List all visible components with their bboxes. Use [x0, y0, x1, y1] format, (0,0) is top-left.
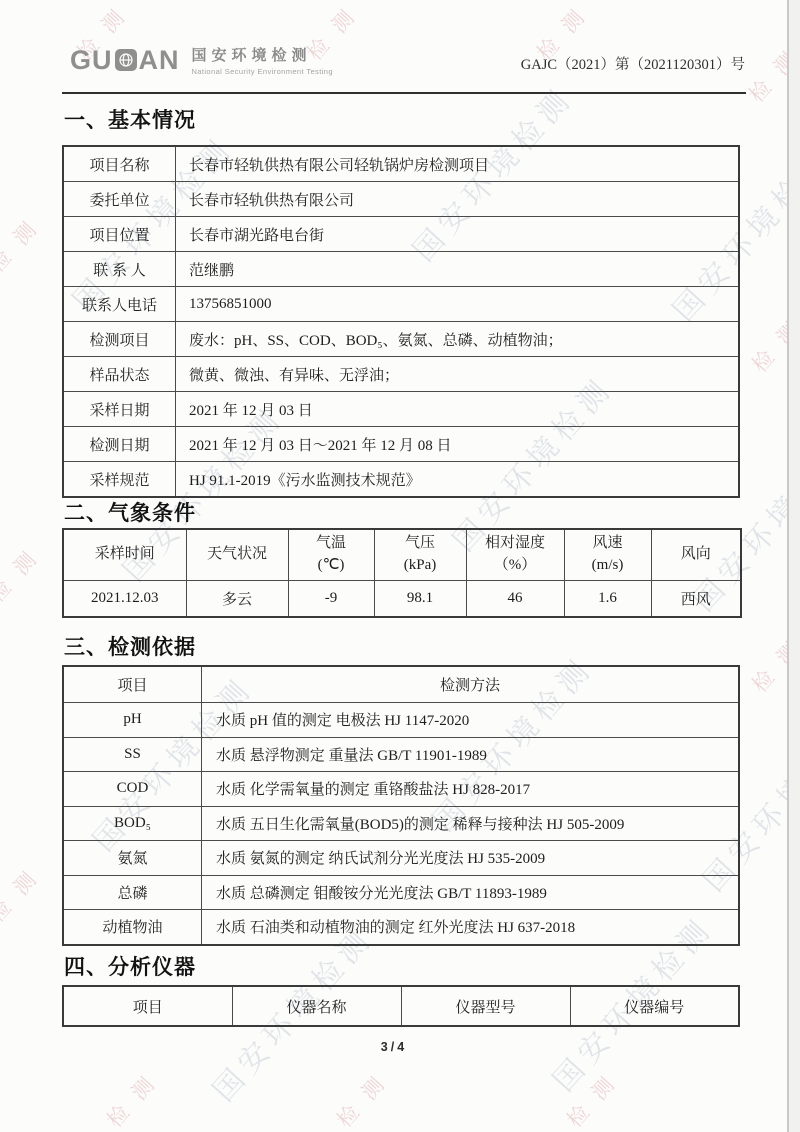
- table-row: COD水质 化学需氧量的测定 重铬酸盐法 HJ 828-2017: [63, 772, 739, 807]
- guoan-logo: GU AN 国安环境检测 National Security Environme…: [70, 44, 333, 76]
- row-label: 联 系 人: [63, 252, 176, 287]
- basis-item: 总磷: [63, 875, 202, 910]
- col-header: 检测方法: [202, 666, 740, 703]
- weather-header-row: 采样时间 天气状况 气温(℃) 气压(kPa) 相对湿度（%） 风速(m/s) …: [63, 529, 741, 581]
- logo-names: 国安环境检测 National Security Environment Tes…: [192, 44, 333, 76]
- col-header: 气压(kPa): [374, 529, 466, 581]
- col-header: 天气状况: [186, 529, 288, 581]
- row-value: 13756851000: [176, 287, 740, 322]
- table-row: 总磷水质 总磷测定 钼酸铵分光光度法 GB/T 11893-1989: [63, 875, 739, 910]
- table-row: 氨氮水质 氨氮的测定 纳氏试剂分光光度法 HJ 535-2009: [63, 841, 739, 876]
- col-header: 项目: [63, 666, 202, 703]
- watermark-stamp: 检 测: [99, 1067, 163, 1132]
- table-row: 动植物油水质 石油类和动植物油的测定 红外光度法 HJ 637-2018: [63, 910, 739, 945]
- logo-wordmark-left: GU: [70, 47, 113, 74]
- section-title-weather: 二、气象条件: [64, 497, 196, 527]
- row-label: 委托单位: [63, 182, 176, 217]
- page-number: 3/4: [0, 1040, 788, 1054]
- header-rule: [62, 92, 746, 94]
- instruments-header-row: 项目 仪器名称 仪器型号 仪器编号: [63, 986, 739, 1026]
- watermark-stamp: 检 测: [329, 1067, 393, 1132]
- page-header: GU AN 国安环境检测 National Security Environme…: [70, 44, 745, 76]
- basis-item: pH: [63, 703, 202, 738]
- scan-edge-line: [787, 0, 789, 1132]
- row-value: HJ 91.1-2019《污水监测技术规范》: [176, 462, 740, 498]
- table-row: 联 系 人范继鹏: [63, 252, 739, 287]
- row-value: 长春市轻轨供热有限公司轻轨锅炉房检测项目: [176, 146, 740, 182]
- table-row: pH水质 pH 值的测定 电极法 HJ 1147-2020: [63, 703, 739, 738]
- row-value: 2021 年 12 月 03 日: [176, 392, 740, 427]
- basis-method: 水质 pH 值的测定 电极法 HJ 1147-2020: [202, 703, 740, 738]
- col-header: 仪器名称: [232, 986, 401, 1026]
- table-row: 样品状态微黄、微浊、有异味、无浮油；: [63, 357, 739, 392]
- watermark-stamp: 检 测: [0, 212, 46, 279]
- basis-item: COD: [63, 772, 202, 807]
- scan-edge: [788, 0, 800, 1132]
- table-row: 采样规范HJ 91.1-2019《污水监测技术规范》: [63, 462, 739, 498]
- basis-item: 动植物油: [63, 910, 202, 945]
- logo-en-name: National Security Environment Testing: [192, 67, 333, 76]
- table-row: 项目位置长春市湖光路电台街: [63, 217, 739, 252]
- section-title-basis: 三、检测依据: [64, 631, 196, 661]
- document-number: GAJC（2021）第（2021120301）号: [521, 53, 745, 76]
- cell: 1.6: [564, 581, 651, 618]
- logo-wordmark-right: AN: [139, 47, 180, 74]
- col-header: 项目: [63, 986, 232, 1026]
- col-header: 仪器编号: [570, 986, 739, 1026]
- row-value: 范继鹏: [176, 252, 740, 287]
- basis-method: 水质 总磷测定 钼酸铵分光光度法 GB/T 11893-1989: [202, 875, 740, 910]
- basis-item: SS: [63, 737, 202, 772]
- row-value: 长春市湖光路电台街: [176, 217, 740, 252]
- row-label: 采样规范: [63, 462, 176, 498]
- row-value: 2021 年 12 月 03 日～2021 年 12 月 08 日: [176, 427, 740, 462]
- table-row: 项目名称长春市轻轨供热有限公司轻轨锅炉房检测项目: [63, 146, 739, 182]
- watermark-stamp: 检 测: [0, 542, 46, 609]
- row-label: 采样日期: [63, 392, 176, 427]
- basis-method: 水质 五日生化需氧量(BOD5)的测定 稀释与接种法 HJ 505-2009: [202, 806, 740, 841]
- basis-item: 氨氮: [63, 841, 202, 876]
- globe-icon: [115, 49, 137, 71]
- cell: 2021.12.03: [63, 581, 186, 618]
- row-value: 长春市轻轨供热有限公司: [176, 182, 740, 217]
- cell: 98.1: [374, 581, 466, 618]
- cell: -9: [288, 581, 374, 618]
- col-header: 采样时间: [63, 529, 186, 581]
- basis-method: 水质 悬浮物测定 重量法 GB/T 11901-1989: [202, 737, 740, 772]
- section-title-basic-info: 一、基本情况: [64, 104, 196, 134]
- basis-header-row: 项目检测方法: [63, 666, 739, 703]
- watermark-stamp: 检 测: [559, 1067, 623, 1132]
- table-row: 联系人电话13756851000: [63, 287, 739, 322]
- cell: 西风: [651, 581, 741, 618]
- row-label: 项目位置: [63, 217, 176, 252]
- col-header: 仪器型号: [401, 986, 570, 1026]
- row-label: 检测项目: [63, 322, 176, 357]
- table-row: BOD₅水质 五日生化需氧量(BOD5)的测定 稀释与接种法 HJ 505-20…: [63, 806, 739, 841]
- table-row: SS水质 悬浮物测定 重量法 GB/T 11901-1989: [63, 737, 739, 772]
- table-row: 检测日期2021 年 12 月 03 日～2021 年 12 月 08 日: [63, 427, 739, 462]
- section-title-instruments: 四、分析仪器: [64, 951, 196, 981]
- row-label: 检测日期: [63, 427, 176, 462]
- cell: 46: [466, 581, 564, 618]
- document-page: 检 测 检 测 检 测 检 测 检 测 检 测 检 测 检 测 检 测 检 测 …: [0, 0, 800, 1132]
- col-header: 风向: [651, 529, 741, 581]
- basis-item: BOD₅: [63, 806, 202, 841]
- weather-table: 采样时间 天气状况 气温(℃) 气压(kPa) 相对湿度（%） 风速(m/s) …: [62, 528, 742, 618]
- basis-method: 水质 石油类和动植物油的测定 红外光度法 HJ 637-2018: [202, 910, 740, 945]
- logo-wordmark: GU AN: [70, 47, 180, 74]
- table-row: 委托单位长春市轻轨供热有限公司: [63, 182, 739, 217]
- row-label: 项目名称: [63, 146, 176, 182]
- basis-method: 水质 氨氮的测定 纳氏试剂分光光度法 HJ 535-2009: [202, 841, 740, 876]
- instruments-table: 项目 仪器名称 仪器型号 仪器编号: [62, 985, 740, 1027]
- cell: 多云: [186, 581, 288, 618]
- col-header: 气温(℃): [288, 529, 374, 581]
- weather-data-row: 2021.12.03 多云 -9 98.1 46 1.6 西风: [63, 581, 741, 618]
- col-header: 相对湿度（%）: [466, 529, 564, 581]
- basic-info-table: 项目名称长春市轻轨供热有限公司轻轨锅炉房检测项目 委托单位长春市轻轨供热有限公司…: [62, 145, 740, 498]
- row-label: 联系人电话: [63, 287, 176, 322]
- row-value: 废水：pH、SS、COD、BOD₅、氨氮、总磷、动植物油；: [176, 322, 740, 357]
- table-row: 检测项目废水：pH、SS、COD、BOD₅、氨氮、总磷、动植物油；: [63, 322, 739, 357]
- basis-table: 项目检测方法 pH水质 pH 值的测定 电极法 HJ 1147-2020 SS水…: [62, 665, 740, 946]
- basis-method: 水质 化学需氧量的测定 重铬酸盐法 HJ 828-2017: [202, 772, 740, 807]
- row-label: 样品状态: [63, 357, 176, 392]
- logo-cn-name: 国安环境检测: [192, 44, 333, 65]
- row-value: 微黄、微浊、有异味、无浮油；: [176, 357, 740, 392]
- watermark-stamp: 检 测: [0, 862, 46, 929]
- table-row: 采样日期2021 年 12 月 03 日: [63, 392, 739, 427]
- col-header: 风速(m/s): [564, 529, 651, 581]
